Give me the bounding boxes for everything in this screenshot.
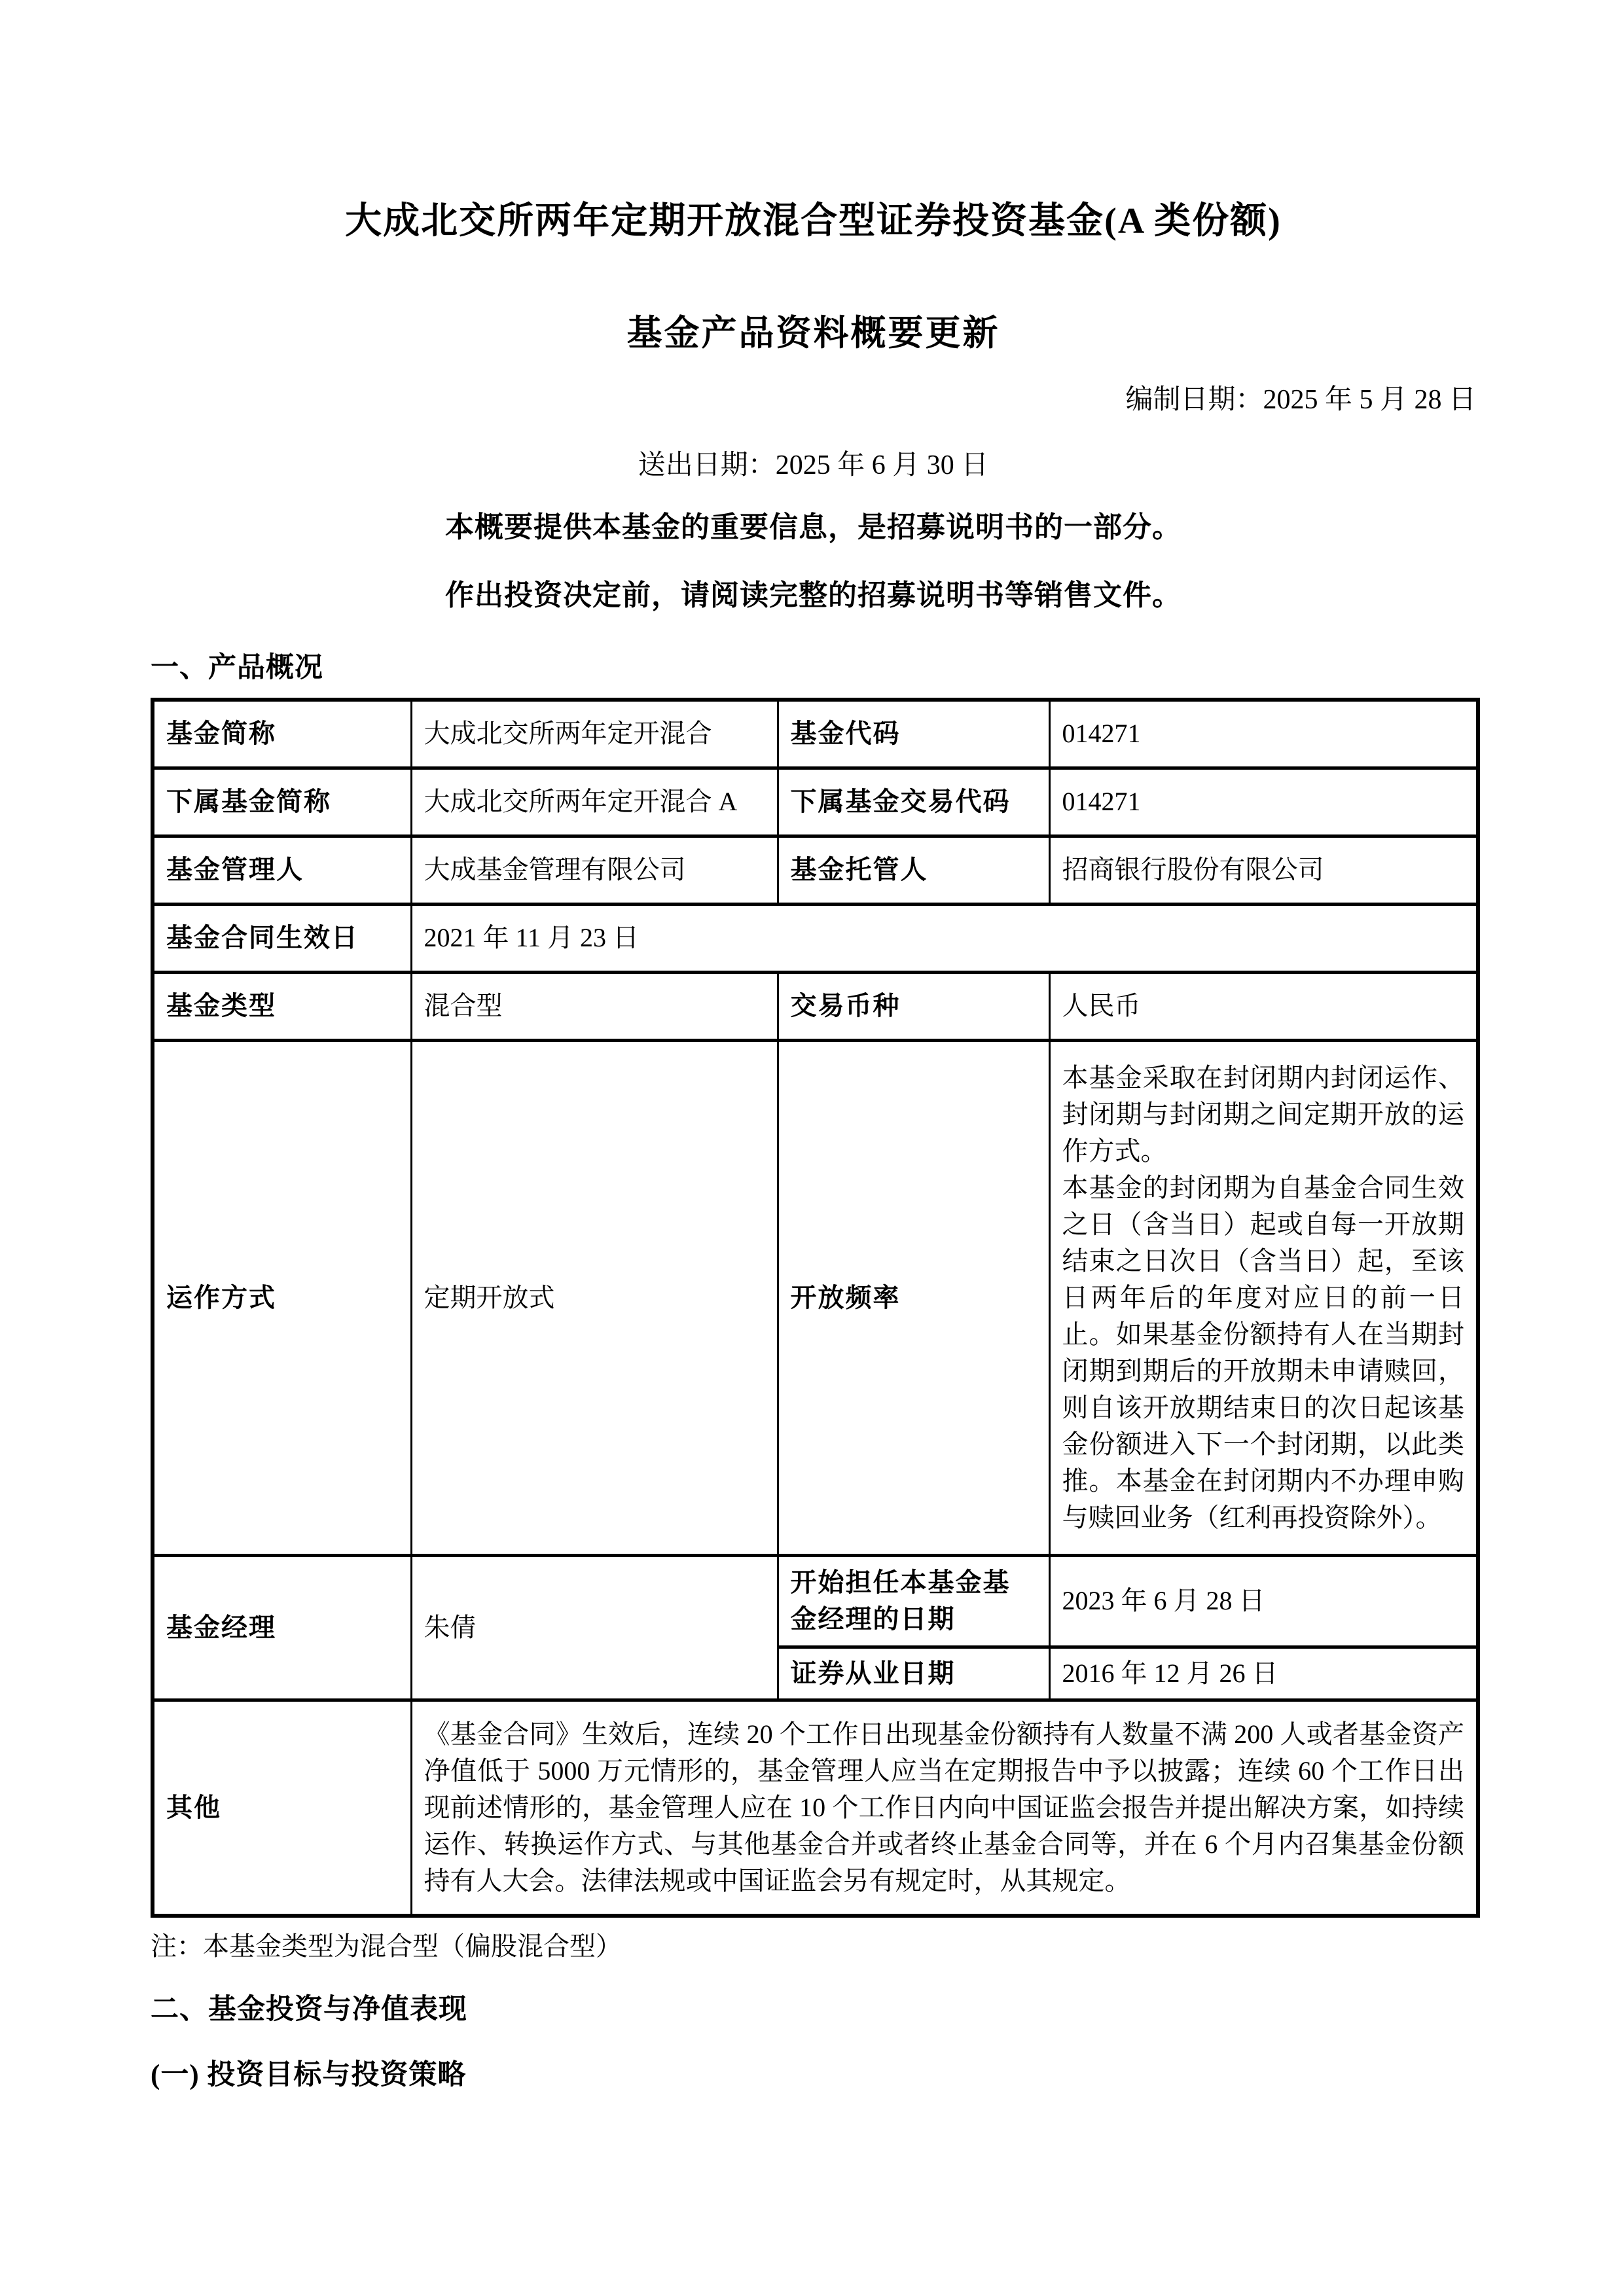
- section-heading-product-overview: 一、产品概况: [151, 653, 1476, 683]
- open-frequency-paragraph-1: 本基金采取在封闭期内封闭运作、封闭期与封闭期之间定期开放的运作方式。: [1062, 1060, 1465, 1170]
- effective-date-label: 基金合同生效日: [153, 904, 411, 972]
- row-fund-abbr: 基金简称 大成北交所两年定开混合 基金代码 014271: [153, 700, 1478, 768]
- note-line: 注：本基金类型为混合型（偏股混合型）: [151, 1932, 1476, 1961]
- currency-label: 交易币种: [778, 972, 1049, 1040]
- securities-career-date-value: 2016 年 12 月 26 日: [1049, 1647, 1478, 1700]
- section-heading-investment: 二、基金投资与净值表现: [151, 1995, 1476, 2025]
- prepared-date-line: 编制日期：2025 年 5 月 28 日: [151, 385, 1476, 415]
- other-label: 其他: [153, 1700, 411, 1916]
- subsection-heading-objective-strategy: (一) 投资目标与投资策略: [151, 2060, 1476, 2090]
- row-fund-type-currency: 基金类型 混合型 交易币种 人民币: [153, 972, 1478, 1040]
- row-fund-manager-start: 基金经理 朱倩 开始担任本基金基金经理的日期 2023 年 6 月 28 日: [153, 1555, 1478, 1647]
- fund-manager-label: 基金经理: [153, 1555, 411, 1700]
- row-effective-date: 基金合同生效日 2021 年 11 月 23 日: [153, 904, 1478, 972]
- securities-career-date-label: 证券从业日期: [778, 1647, 1049, 1700]
- currency-value: 人民币: [1049, 972, 1478, 1040]
- fund-code-label: 基金代码: [778, 700, 1049, 768]
- sub-fund-code-label: 下属基金交易代码: [778, 768, 1049, 836]
- fund-code-value: 014271: [1049, 700, 1478, 768]
- fund-manager-company-value: 大成基金管理有限公司: [411, 836, 778, 904]
- fund-manager-company-label: 基金管理人: [153, 836, 411, 904]
- custodian-label: 基金托管人: [778, 836, 1049, 904]
- operation-mode-value: 定期开放式: [411, 1040, 778, 1555]
- fund-manager-value: 朱倩: [411, 1555, 778, 1700]
- custodian-value: 招商银行股份有限公司: [1049, 836, 1478, 904]
- sent-date-line: 送出日期：2025 年 6 月 30 日: [151, 450, 1476, 480]
- sub-fund-abbr-value: 大成北交所两年定开混合 A: [411, 768, 778, 836]
- open-frequency-value: 本基金采取在封闭期内封闭运作、封闭期与封闭期之间定期开放的运作方式。 本基金的封…: [1049, 1040, 1478, 1555]
- row-operation-mode: 运作方式 定期开放式 开放频率 本基金采取在封闭期内封闭运作、封闭期与封闭期之间…: [153, 1040, 1478, 1555]
- manager-start-date-value: 2023 年 6 月 28 日: [1049, 1555, 1478, 1647]
- sub-fund-abbr-label: 下属基金简称: [153, 768, 411, 836]
- document-subtitle: 基金产品资料概要更新: [151, 314, 1476, 352]
- fund-abbr-value: 大成北交所两年定开混合: [411, 700, 778, 768]
- effective-date-value: 2021 年 11 月 23 日: [411, 904, 1478, 972]
- fund-type-label: 基金类型: [153, 972, 411, 1040]
- row-sub-fund-abbr: 下属基金简称 大成北交所两年定开混合 A 下属基金交易代码 014271: [153, 768, 1478, 836]
- open-frequency-paragraph-2: 本基金的封闭期为自基金合同生效之日（含当日）起或自每一开放期结束之日次日（含当日…: [1062, 1170, 1465, 1536]
- document-title: 大成北交所两年定期开放混合型证券投资基金(A 类份额): [151, 202, 1476, 241]
- fund-abbr-label: 基金简称: [153, 700, 411, 768]
- sub-fund-code-value: 014271: [1049, 768, 1478, 836]
- row-manager-custodian: 基金管理人 大成基金管理有限公司 基金托管人 招商银行股份有限公司: [153, 836, 1478, 904]
- statement-line-1: 本概要提供本基金的重要信息，是招募说明书的一部分。: [151, 512, 1476, 543]
- document-page: 大成北交所两年定期开放混合型证券投资基金(A 类份额) 基金产品资料概要更新 编…: [0, 0, 1624, 2296]
- row-other: 其他 《基金合同》生效后，连续 20 个工作日出现基金份额持有人数量不满 200…: [153, 1700, 1478, 1916]
- other-value: 《基金合同》生效后，连续 20 个工作日出现基金份额持有人数量不满 200 人或…: [411, 1700, 1478, 1916]
- open-frequency-label: 开放频率: [778, 1040, 1049, 1555]
- statement-line-2: 作出投资决定前，请阅读完整的招募说明书等销售文件。: [151, 580, 1476, 611]
- fund-type-value: 混合型: [411, 972, 778, 1040]
- product-overview-table: 基金简称 大成北交所两年定开混合 基金代码 014271 下属基金简称 大成北交…: [151, 698, 1480, 1918]
- operation-mode-label: 运作方式: [153, 1040, 411, 1555]
- manager-start-date-label: 开始担任本基金基金经理的日期: [778, 1555, 1049, 1647]
